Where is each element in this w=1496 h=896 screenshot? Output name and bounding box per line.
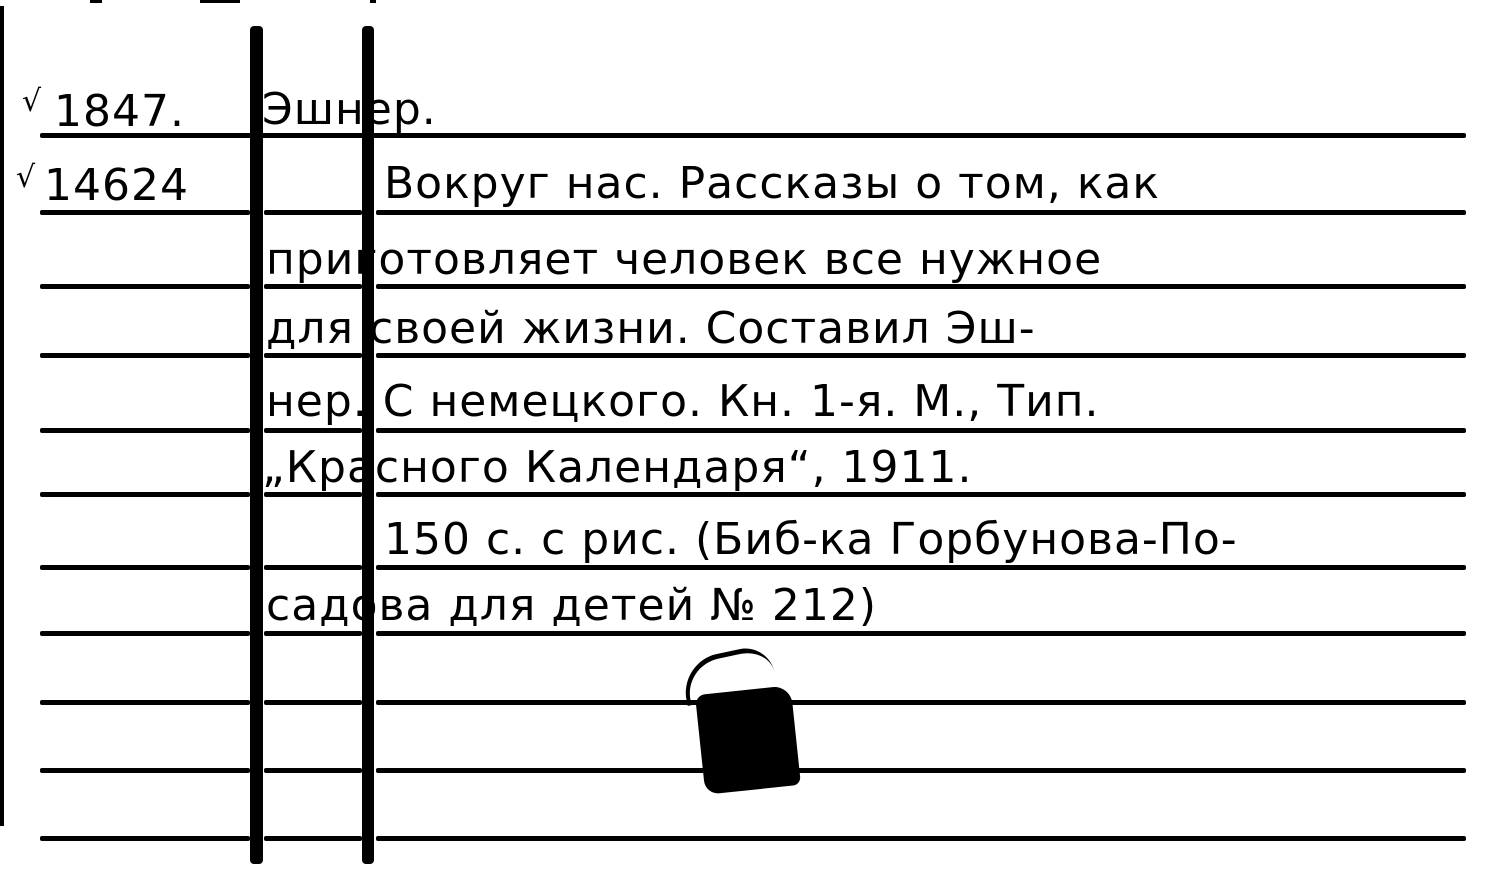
ruled-line (264, 210, 362, 215)
ruled-line (376, 700, 1466, 705)
description-line: „Красного Календаря“, 1911. (262, 442, 973, 493)
ink-blot (695, 685, 801, 794)
ruled-line (376, 210, 1466, 215)
ruled-line (40, 836, 250, 841)
ruled-line (40, 284, 250, 289)
ruled-line (40, 565, 250, 570)
ruled-line (40, 133, 1466, 138)
top-edge-mark (90, 0, 102, 3)
card-left-border (0, 6, 4, 826)
ruled-line (376, 565, 1466, 570)
ruled-line (376, 428, 1466, 433)
author-heading: Эшнер. (262, 84, 437, 135)
ruled-line (264, 631, 362, 636)
check-mark-icon: √ (22, 84, 41, 119)
ruled-line (264, 428, 362, 433)
ruled-line (264, 700, 362, 705)
ruled-line (376, 836, 1466, 841)
top-edge-mark (200, 0, 240, 3)
shelf-number: 14624 (44, 160, 189, 211)
description-line: Вокруг нас. Рассказы о том, как (384, 158, 1160, 209)
ruled-line (376, 768, 1466, 773)
ruled-line (40, 631, 250, 636)
ruled-line (40, 353, 250, 358)
ruled-line (264, 768, 362, 773)
ruled-line (40, 768, 250, 773)
ruled-line (376, 631, 1466, 636)
description-line: нер. С немецкого. Кн. 1-я. М., Тип. (266, 376, 1099, 427)
description-line: для своей жизни. Составил Эш- (266, 303, 1036, 354)
ruled-line (264, 565, 362, 570)
inventory-number: 1847. (54, 86, 185, 137)
ruled-line (40, 492, 250, 497)
description-line: приготовляет человек все нужное (266, 234, 1102, 285)
ruled-line (40, 700, 250, 705)
ruled-line (40, 428, 250, 433)
description-line: садова для детей № 212) (266, 580, 877, 631)
catalog-card: √ 1847. √ 14624 Эшнер. Вокруг нас. Расск… (0, 0, 1496, 896)
top-edge-mark (370, 0, 376, 3)
check-mark-icon: √ (16, 160, 35, 195)
ruled-line (264, 836, 362, 841)
description-line: 150 с. с рис. (Биб-ка Горбунова-По- (384, 514, 1238, 565)
